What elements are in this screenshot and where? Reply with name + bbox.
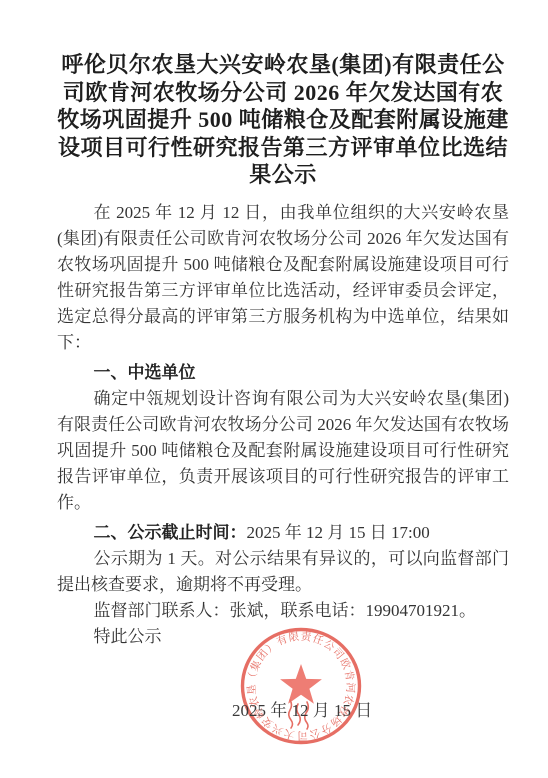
document-title: 呼伦贝尔农垦大兴安岭农垦(集团)有限责任公司欧肯河农牧场分公司 2026 年欠发… (57, 51, 509, 189)
notice-page: 呼伦贝尔农垦大兴安岭农垦(集团)有限责任公司欧肯河农牧场分公司 2026 年欠发… (0, 0, 548, 778)
deadline-label: 二、公示截止时间： (94, 523, 247, 542)
winner-paragraph: 确定中瓴规划设计咨询有限公司为大兴安岭农垦(集团)有限责任公司欧肯河农牧场分公司… (57, 386, 509, 516)
deadline-value: 2025 年 12 月 15 日 17:00 (247, 523, 430, 542)
document-content: 呼伦贝尔农垦大兴安岭农垦(集团)有限责任公司欧肯河农牧场分公司 2026 年欠发… (57, 51, 509, 650)
objection-paragraph: 公示期为 1 天。对公示结果有异议的，可以向监督部门提出核查要求，逾期将不再受理… (57, 546, 509, 598)
closing-line: 特此公示 (57, 624, 509, 650)
section-deadline-heading: 二、公示截止时间：2025 年 12 月 15 日 17:00 (57, 520, 509, 546)
section-winner-heading: 一、中选单位 (57, 360, 509, 386)
contact-paragraph: 监督部门联系人：张斌，联系电话：19904701921。 (57, 598, 509, 624)
signature-date: 2025 年 12 月 15 日 (232, 696, 372, 721)
intro-paragraph: 在 2025 年 12 月 12 日，由我单位组织的大兴安岭农垦(集团)有限责任… (57, 200, 509, 356)
